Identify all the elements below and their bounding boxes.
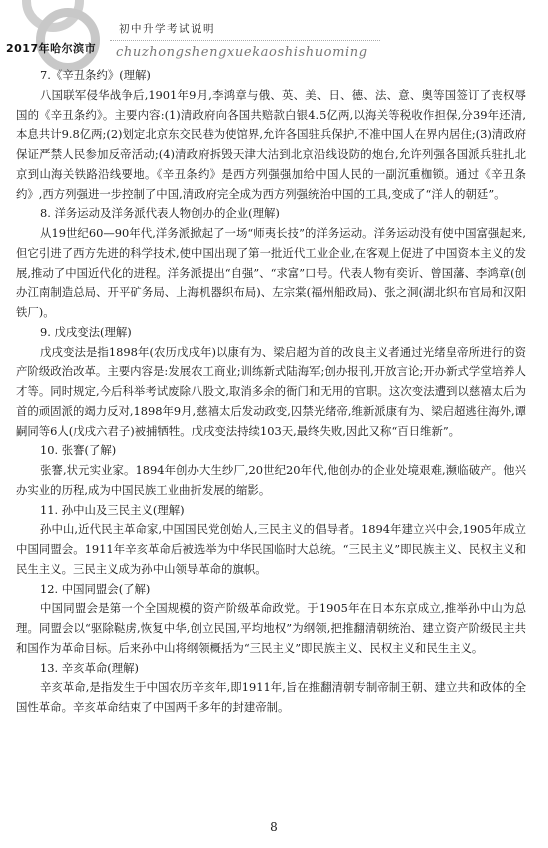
- section-paragraph: 从19世纪60—90年代,洋务派掀起了一场“师夷长技”的洋务运动。洋务运动没有使…: [16, 224, 526, 323]
- section-heading: 10. 张謇(了解): [16, 441, 526, 461]
- section-paragraph: 辛亥革命,是指发生于中国农历辛亥年,即1911年,旨在推翻清朝专制帝制王朝、建立…: [16, 678, 526, 718]
- section-heading: 12. 中国同盟会(了解): [16, 580, 526, 600]
- document-body: 7.《辛丑条约》(理解) 八国联军侵华战争后,1901年9月,李鸿章与俄、英、美…: [16, 66, 526, 718]
- section-paragraph: 中国同盟会是第一个全国规模的资产阶级革命政党。于1905年在日本东京成立,推举孙…: [16, 599, 526, 658]
- section-heading: 9. 戊戌变法(理解): [16, 323, 526, 343]
- section-heading: 7.《辛丑条约》(理解): [16, 66, 526, 86]
- section-paragraph: 张謇,状元实业家。1894年创办大生纱厂,20世纪20年代,他创办的企业处境艰难…: [16, 461, 526, 501]
- header-year-city: 2017年哈尔滨市: [6, 40, 96, 56]
- section-heading: 11. 孙中山及三民主义(理解): [16, 501, 526, 521]
- section-paragraph: 八国联军侵华战争后,1901年9月,李鸿章与俄、英、美、日、德、法、意、奥等国签…: [16, 86, 526, 205]
- section-paragraph: 孙中山,近代民主革命家,中国国民党创始人,三民主义的倡导者。1894年建立兴中会…: [16, 520, 526, 579]
- header-title: 初中升学考试说明: [119, 21, 215, 36]
- section-heading: 13. 辛亥革命(理解): [16, 659, 526, 679]
- header-divider: [110, 40, 380, 41]
- page-number: 8: [0, 820, 548, 834]
- section-heading: 8. 洋务运动及洋务派代表人物创办的企业(理解): [16, 204, 526, 224]
- header-pinyin: chuzhongshengxuekaoshishuoming: [116, 45, 368, 60]
- section-paragraph: 戊戌变法是指1898年(农历戊戌年)以康有为、梁启超为首的改良主义者通过光绪皇帝…: [16, 343, 526, 442]
